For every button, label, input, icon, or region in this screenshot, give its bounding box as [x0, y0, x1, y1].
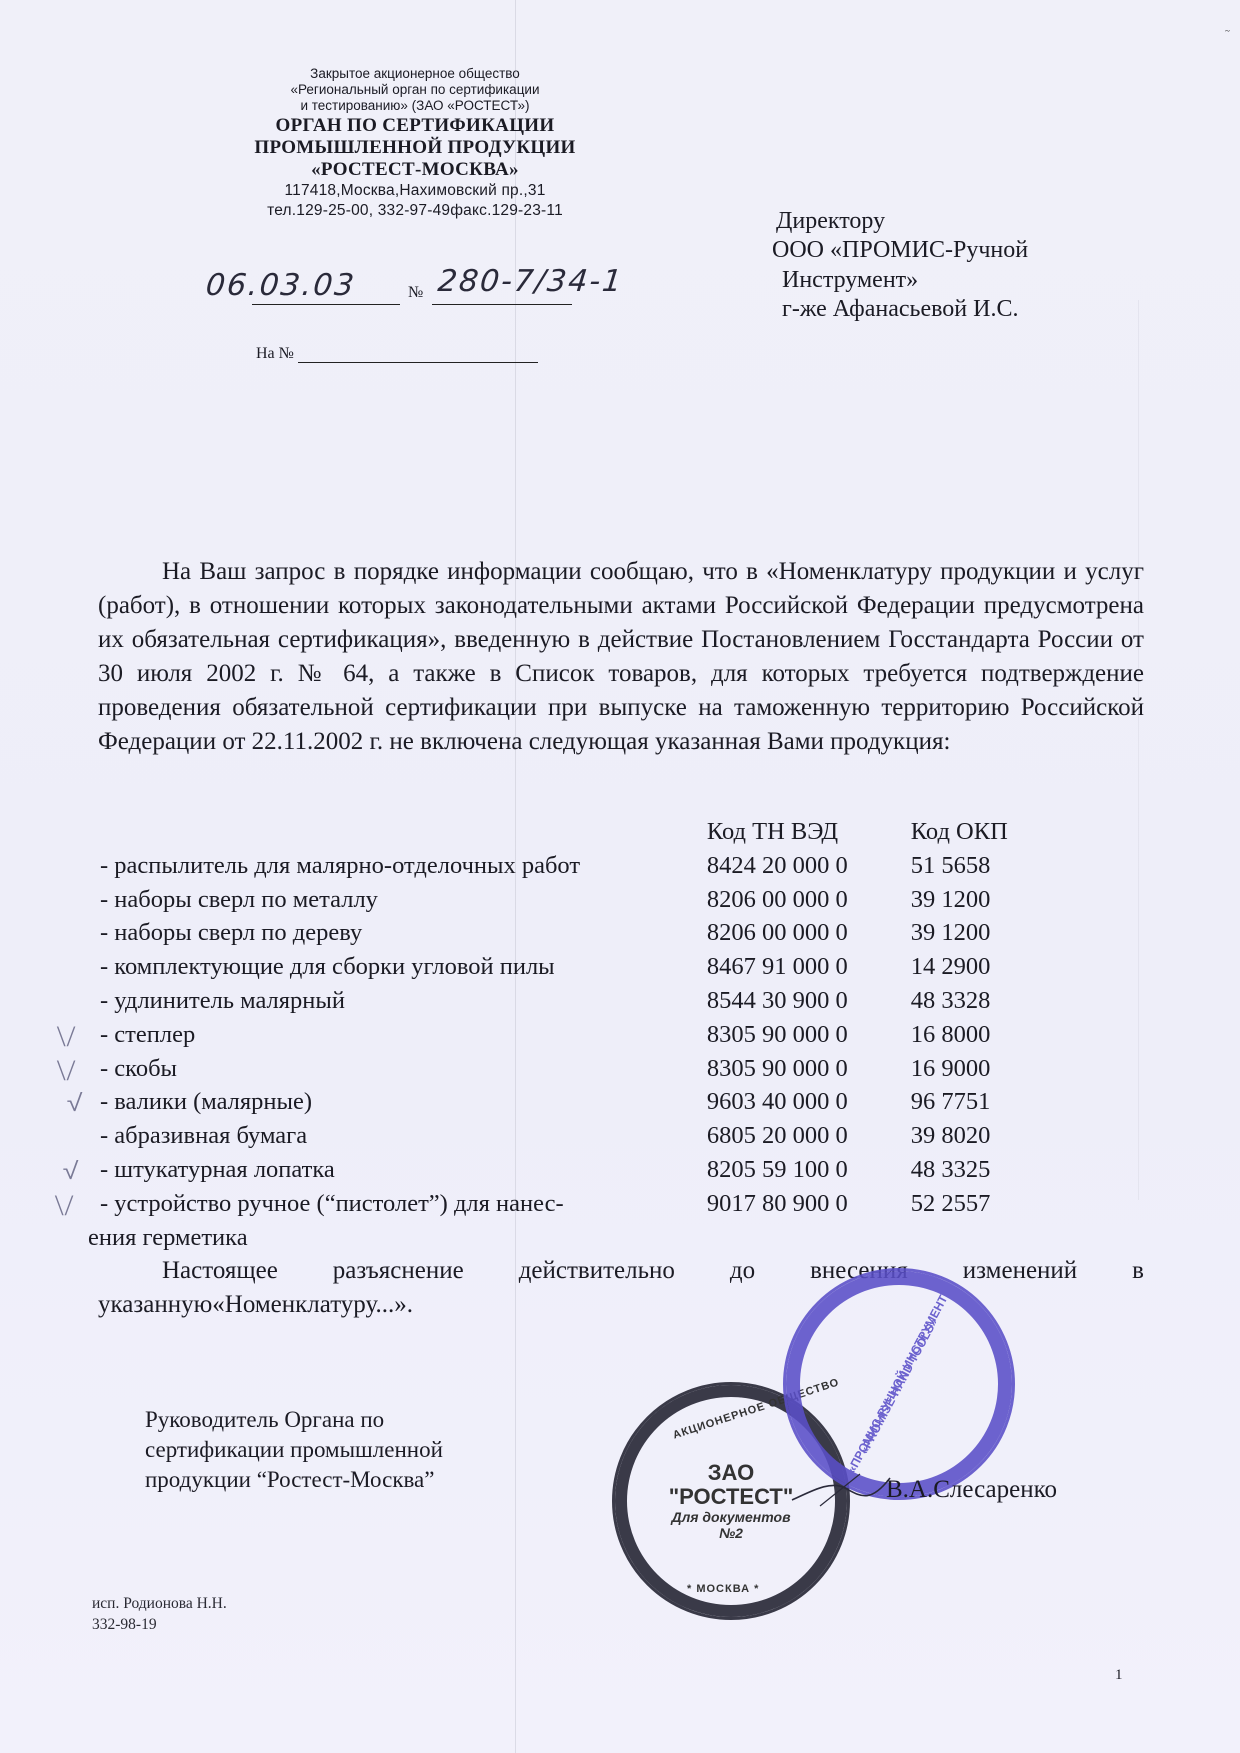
page-number: 1	[1115, 1667, 1123, 1684]
body-paragraph: На Ваш запрос в порядке информации сообщ…	[98, 555, 1144, 759]
executor-phone: 332-98-19	[92, 1615, 227, 1636]
product-okp: 16 9000	[911, 1052, 1060, 1086]
product-name: - наборы сверл по дереву	[100, 916, 697, 950]
handwritten-check-icon: √	[67, 1087, 83, 1121]
recipient-line: Директору	[776, 207, 1028, 236]
product-name: - степлер	[100, 1018, 697, 1052]
product-tn-ved: 8467 91 000 0	[697, 950, 911, 984]
stamp-line: Для документов	[671, 1509, 790, 1525]
corner-mark: ~	[1225, 26, 1230, 36]
product-okp: 39 1200	[911, 883, 1060, 917]
table-row: \/ - степлер 8305 90 000 0 16 8000	[100, 1018, 1060, 1052]
recipient-line: ООО «ПРОМИС-Ручной	[772, 236, 1028, 265]
product-name: - комплектующие для сборки угловой пилы	[100, 950, 697, 984]
promis-stamp: «ПРОМИС-РУЧНОЙ ИНСТРУМЕНТ» «PROMISE-HAND…	[783, 1268, 1015, 1500]
product-name: - штукатурная лопатка	[100, 1153, 697, 1187]
letterhead: Закрытое акционерное общество «Региональ…	[230, 66, 600, 222]
signer-position-line: сертификации промышленной	[145, 1435, 443, 1465]
table-row: - наборы сверл по дереву 8206 00 000 0 3…	[100, 916, 1060, 950]
product-name: - скобы	[100, 1052, 697, 1086]
product-tn-ved: 8305 90 000 0	[697, 1018, 911, 1052]
recipient-line: Инструмент»	[776, 266, 1028, 295]
table-header: Код ТН ВЭД Код ОКП	[100, 815, 1060, 849]
product-tn-ved: 8305 90 000 0	[697, 1052, 911, 1086]
executor-name: исп. Родионова Н.Н.	[92, 1594, 227, 1615]
product-tn-ved: 8206 00 000 0	[697, 883, 911, 917]
product-name: - устройство ручное (“пистолет”) для нан…	[100, 1187, 697, 1221]
registration-line: 06.03.03 № 280-7/34-1	[200, 272, 660, 312]
table-row: - распылитель для малярно-отделочных раб…	[100, 849, 1060, 883]
stamp-line: №2	[719, 1525, 743, 1541]
product-name: - валики (малярные)	[100, 1085, 697, 1119]
number-label: №	[408, 284, 423, 302]
product-tn-ved: 8205 59 100 0	[697, 1153, 911, 1187]
product-name: - абразивная бумага	[100, 1119, 697, 1153]
reply-label: На №	[256, 345, 294, 362]
org-phones: тел.129-25-00, 332-97-49факс.129-23-11	[230, 201, 600, 221]
stamp-line: ЗАО	[708, 1461, 755, 1485]
recipient-line: г-же Афанасьевой И.С.	[776, 295, 1028, 324]
product-tn-ved: 9603 40 000 0	[697, 1085, 911, 1119]
product-name: - наборы сверл по металлу	[100, 883, 697, 917]
date-underline	[252, 304, 400, 305]
handwritten-check-icon: \/	[56, 1054, 75, 1088]
product-name-continued: ения герметика	[88, 1221, 688, 1255]
product-okp: 51 5658	[911, 849, 1060, 883]
org-title-line: «РОСТЕСТ-МОСКВА»	[230, 159, 600, 181]
product-tn-ved: 9017 80 900 0	[697, 1187, 911, 1221]
org-name-line: «Региональный орган по сертификации	[230, 82, 600, 98]
product-tn-ved: 6805 20 000 0	[697, 1119, 911, 1153]
product-okp: 52 2557	[911, 1187, 1060, 1221]
signer-position-line: продукции “Ростест-Москва”	[145, 1465, 443, 1495]
product-okp	[903, 1221, 1053, 1255]
signer-name: В.А.Слесаренко	[886, 1476, 1057, 1504]
product-okp: 14 2900	[911, 950, 1060, 984]
product-okp: 39 1200	[911, 916, 1060, 950]
table-row: - абразивная бумага 6805 20 000 0 39 802…	[100, 1119, 1060, 1153]
table-row: - комплектующие для сборки угловой пилы …	[100, 950, 1060, 984]
table-row: ения герметика	[100, 1221, 1060, 1255]
stamp-center: «ПРОМИС-РУЧНОЙ ИНСТРУМЕНТ» «PROMISE-HAND…	[786, 1271, 1012, 1497]
product-okp: 48 3325	[911, 1153, 1060, 1187]
product-tn-ved	[688, 1221, 903, 1255]
reply-number-blank	[298, 362, 538, 363]
product-okp: 16 8000	[911, 1018, 1060, 1052]
handwritten-date: 06.03.03	[204, 268, 357, 303]
header-tn-ved: Код ТН ВЭД	[697, 815, 911, 849]
recipient-block: Директору ООО «ПРОМИС-Ручной Инструмент»…	[776, 207, 1028, 324]
org-title-line: ОРГАН ПО СЕРТИФИКАЦИИ	[230, 115, 600, 137]
handwritten-check-icon: \/	[56, 1020, 75, 1054]
executor-block: исп. Родионова Н.Н. 332-98-19	[92, 1594, 227, 1636]
product-tn-ved: 8206 00 000 0	[697, 916, 911, 950]
product-tn-ved: 8544 30 900 0	[697, 984, 911, 1018]
handwritten-number: 280-7/34-1	[436, 264, 625, 299]
product-name: - распылитель для малярно-отделочных раб…	[100, 849, 697, 883]
org-name-line: и тестированию» (ЗАО «РОСТЕСТ»)	[230, 98, 600, 114]
stamp-line: «PROMISE-HAND TOOLS»	[856, 1315, 942, 1457]
table-row: \/ - устройство ручное (“пистолет”) для …	[100, 1187, 1060, 1221]
product-okp: 39 8020	[911, 1119, 1060, 1153]
table-row: - наборы сверл по металлу 8206 00 000 0 …	[100, 883, 1060, 917]
product-okp: 48 3328	[911, 984, 1060, 1018]
org-title-line: ПРОМЫШЛЕННОЙ ПРОДУКЦИИ	[230, 137, 600, 159]
signature-scribble-icon	[790, 1470, 900, 1510]
product-okp: 96 7751	[911, 1085, 1060, 1119]
reply-reference: На №	[256, 345, 538, 363]
product-name: - удлинитель малярный	[100, 984, 697, 1018]
table-row: √ - валики (малярные) 9603 40 000 0 96 7…	[100, 1085, 1060, 1119]
scanned-letter-page: ~ Закрытое акционерное общество «Региона…	[0, 0, 1240, 1753]
table-row: √ - штукатурная лопатка 8205 59 100 0 48…	[100, 1153, 1060, 1187]
handwritten-check-icon: √	[63, 1155, 79, 1189]
org-name-line: Закрытое акционерное общество	[230, 66, 600, 82]
header-okp: Код ОКП	[911, 815, 1060, 849]
products-table: Код ТН ВЭД Код ОКП - распылитель для мал…	[100, 815, 1060, 1254]
table-row: - удлинитель малярный 8544 30 900 0 48 3…	[100, 984, 1060, 1018]
signer-position-line: Руководитель Органа по	[145, 1405, 443, 1435]
handwritten-check-icon: \/	[54, 1189, 73, 1223]
letter-body: На Ваш запрос в порядке информации сообщ…	[98, 555, 1144, 759]
product-tn-ved: 8424 20 000 0	[697, 849, 911, 883]
number-underline	[432, 304, 572, 305]
signer-position: Руководитель Органа по сертификации пром…	[145, 1405, 443, 1495]
stamp-line: "РОСТЕСТ"	[669, 1485, 794, 1509]
org-address: 117418,Москва,Нахимовский пр.,31	[230, 181, 600, 201]
table-row: \/ - скобы 8305 90 000 0 16 9000	[100, 1052, 1060, 1086]
